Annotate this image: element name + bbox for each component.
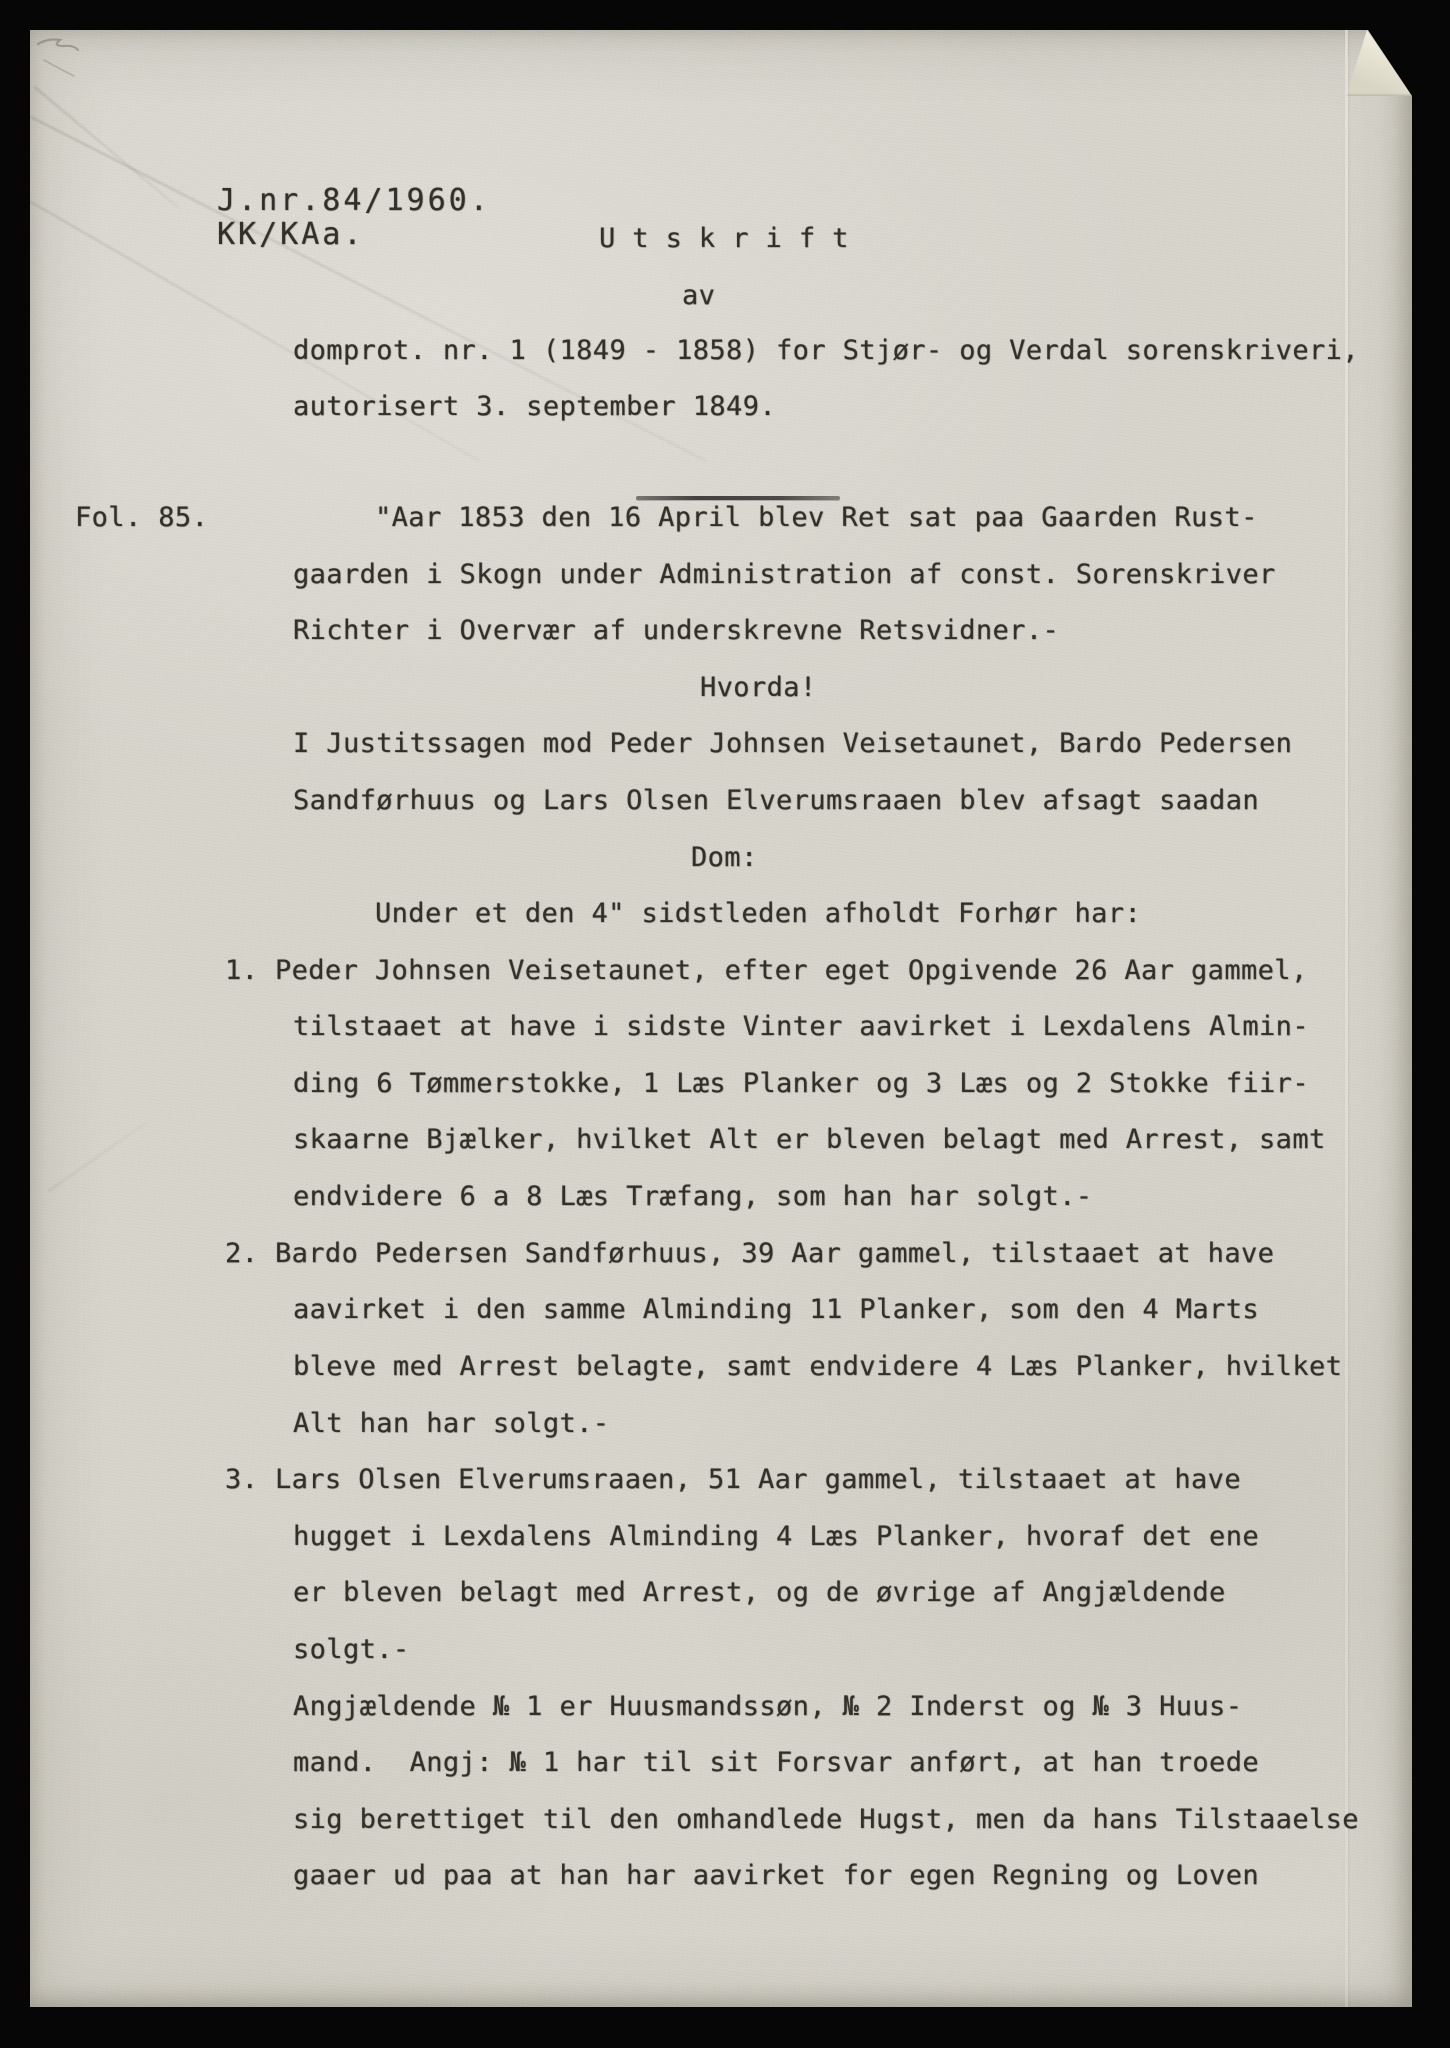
document-page: J.nr.84/1960. KK/KAa. U t s k r i f t av… [30, 30, 1412, 2007]
body-line: Under et den 4" sidstleden afholdt Forhø… [375, 899, 1141, 929]
body-line: sig berettiget til den omhandlede Hugst,… [293, 1805, 1359, 1835]
body-line: bleve med Arrest belagte, samt endvidere… [293, 1352, 1342, 1382]
body-line: gaarden i Skogn under Administration af … [293, 560, 1276, 590]
journal-number: J.nr.84/1960. [217, 186, 491, 216]
body-line: ding 6 Tømmerstokke, 1 Læs Planker og 3 … [293, 1069, 1309, 1099]
body-line: skaarne Bjælker, hvilket Alt er bleven b… [293, 1125, 1326, 1155]
body-line: Angjældende № 1 er Huusmandssøn, № 2 Ind… [293, 1692, 1242, 1722]
body-line: 1. Peder Johnsen Veisetaunet, efter eget… [225, 956, 1308, 986]
body-line: Richter i Overvær af underskrevne Retsvi… [293, 616, 1059, 646]
corner-fold [1340, 30, 1412, 98]
body-line: 2. Bardo Pedersen Sandførhuus, 39 Aar ga… [225, 1239, 1274, 1269]
body-line: mand. Angj: № 1 har til sit Forsvar anfø… [293, 1748, 1259, 1778]
scanned-document-screenshot: { "page": { "journal_number": "J.nr.84/1… [0, 0, 1450, 2048]
body-line: Hvorda! [700, 673, 817, 703]
body-line: Dom: [691, 843, 758, 873]
body-line: solgt.- [293, 1635, 410, 1665]
body-line: tilstaaet at have i sidste Vinter aavirk… [293, 1012, 1309, 1042]
reference-initials: KK/KAa. [217, 220, 364, 250]
body-line: er bleven belagt med Arrest, og de øvrig… [293, 1578, 1226, 1608]
folio-label: Fol. 85. [75, 503, 208, 533]
pencil-scribble [30, 30, 150, 110]
body-line: endvidere 6 a 8 Læs Træfang, som han har… [293, 1182, 1092, 1212]
source-description-line-2: autorisert 3. september 1849. [293, 392, 776, 422]
document-title: U t s k r i f t [599, 224, 849, 254]
crease-mark [47, 1121, 147, 1192]
body-line: 3. Lars Olsen Elverumsraaen, 51 Aar gamm… [225, 1465, 1241, 1495]
body-line: I Justitssagen mod Peder Johnsen Veiseta… [293, 729, 1292, 759]
body-line: hugget i Lexdalens Alminding 4 Læs Plank… [293, 1522, 1259, 1552]
body-line: "Aar 1853 den 16 April blev Ret sat paa … [375, 503, 1258, 533]
body-line: Sandførhuus og Lars Olsen Elverumsraaen … [293, 786, 1259, 816]
source-description-line-1: domprot. nr. 1 (1849 - 1858) for Stjør- … [293, 336, 1359, 366]
scan-black-border: J.nr.84/1960. KK/KAa. U t s k r i f t av… [0, 0, 1450, 2048]
document-subtitle: av [682, 281, 715, 311]
separator-rule [636, 496, 840, 500]
body-line: aavirket i den samme Alminding 11 Planke… [293, 1295, 1259, 1325]
body-line: gaaer ud paa at han har aavirket for ege… [293, 1861, 1259, 1891]
body-line: Alt han har solgt.- [293, 1409, 609, 1439]
vertical-fold-line [1345, 30, 1348, 2007]
